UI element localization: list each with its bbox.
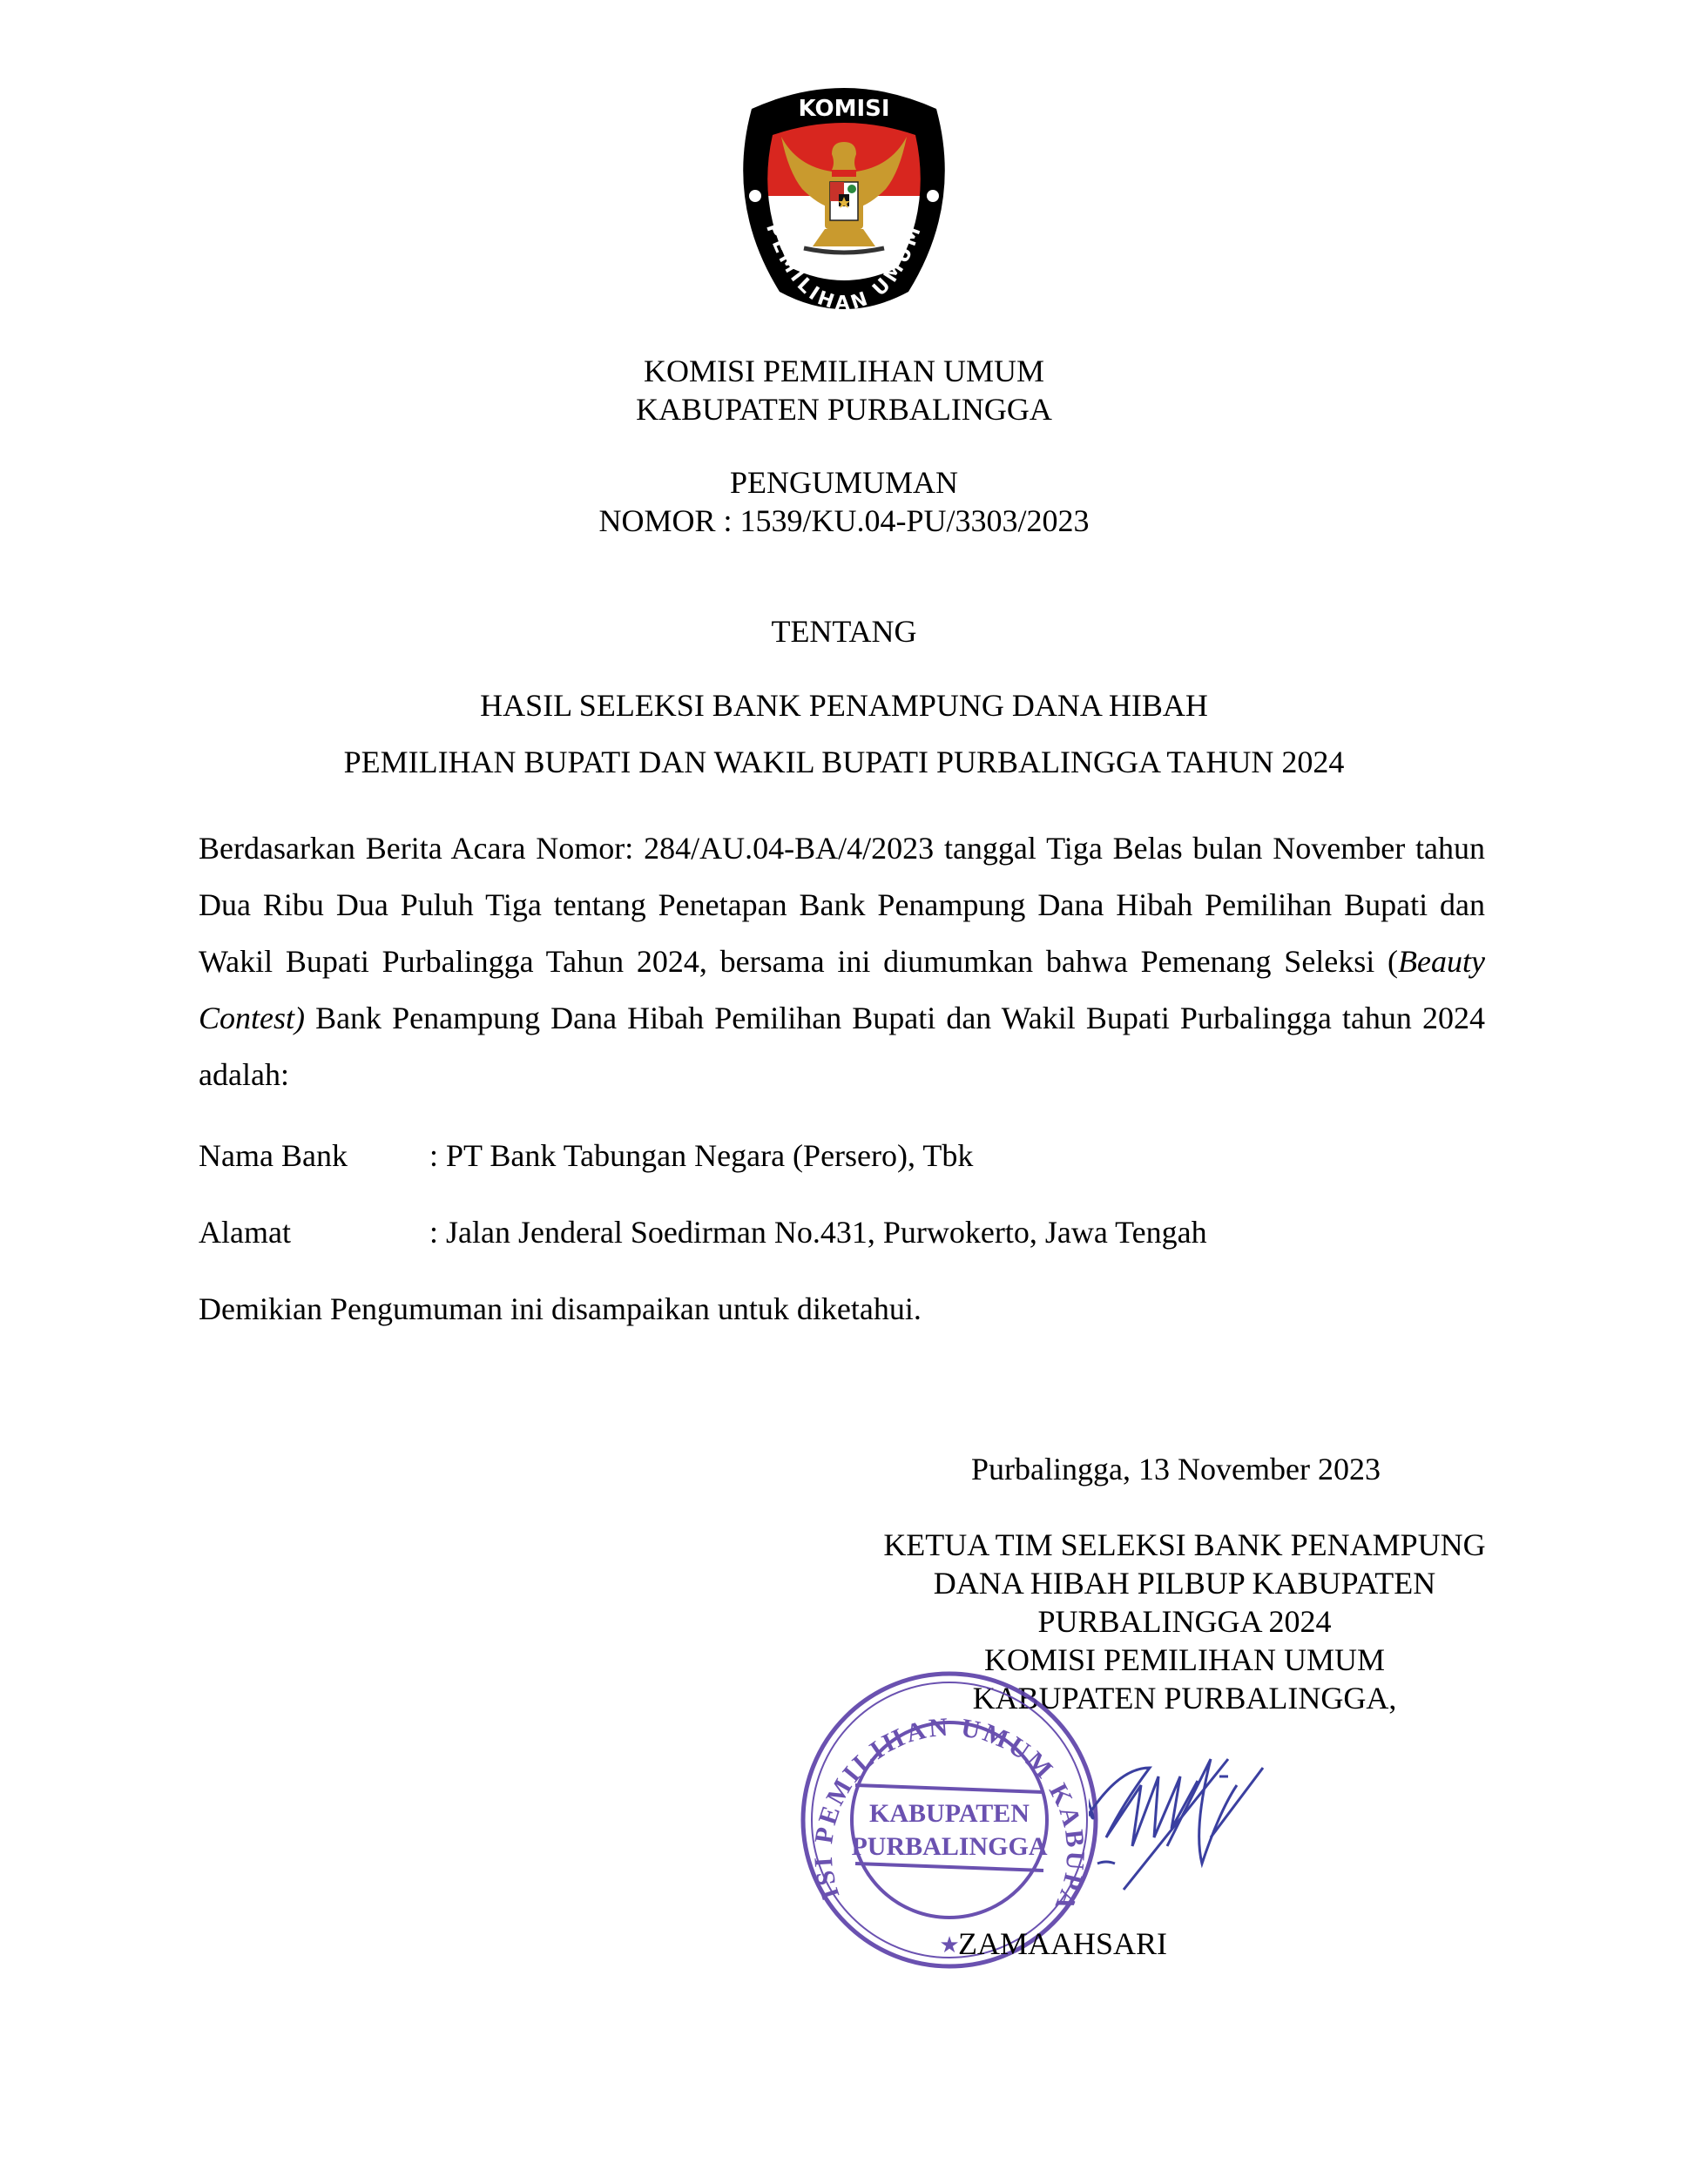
org-name-line1: KOMISI PEMILIHAN UMUM	[0, 352, 1688, 390]
svg-text:PURBALINGGA: PURBALINGGA	[851, 1832, 1047, 1861]
signatory-title-1: KETUA TIM SELEKSI BANK PENAMPUNG	[819, 1526, 1550, 1564]
paragraph-text-end: Bank Penampung Dana Hibah Pemilihan Bupa…	[199, 1001, 1485, 1092]
signatory-title-3: PURBALINGGA 2024	[819, 1602, 1550, 1641]
subject-line1: HASIL SELEKSI BANK PENAMPUNG DANA HIBAH	[0, 686, 1688, 725]
paragraph-text: Berdasarkan Berita Acara Nomor: 284/AU.0…	[199, 831, 1485, 979]
svg-text:KOMISI: KOMISI	[798, 96, 889, 122]
document-number: NOMOR : 1539/KU.04-PU/3303/2023	[0, 502, 1688, 540]
subject-line2: PEMILIHAN BUPATI DAN WAKIL BUPATI PURBAL…	[0, 743, 1688, 781]
field-label: Alamat	[199, 1213, 429, 1251]
field-label: Nama Bank	[199, 1136, 429, 1175]
signatory-title-2: DANA HIBAH PILBUP KABUPATEN	[819, 1564, 1550, 1602]
place-date: Purbalingga, 13 November 2023	[819, 1450, 1533, 1488]
org-name-line2: KABUPATEN PURBALINGGA	[0, 390, 1688, 428]
field-bank-name: Nama Bank: PT Bank Tabungan Negara (Pers…	[199, 1136, 973, 1175]
field-value: : PT Bank Tabungan Negara (Persero), Tbk	[429, 1138, 973, 1173]
signatory-name: ZAMAAHSARI	[880, 1924, 1246, 1963]
svg-text:KABUPATEN: KABUPATEN	[869, 1799, 1030, 1828]
about-heading: TENTANG	[0, 612, 1688, 650]
closing-sentence: Demikian Pengumuman ini disampaikan untu…	[199, 1290, 922, 1328]
document-type: PENGUMUMAN	[0, 463, 1688, 502]
svg-text:KOMISI PEMILIHAN UMUM KABUPATE: KOMISI PEMILIHAN UMUM KABUPATEN	[784, 1655, 1090, 1915]
field-value: : Jalan Jenderal Soedirman No.431, Purwo…	[429, 1215, 1207, 1250]
body-paragraph: Berdasarkan Berita Acara Nomor: 284/AU.0…	[199, 820, 1485, 1103]
field-address: Alamat: Jalan Jenderal Soedirman No.431,…	[199, 1213, 1207, 1251]
handwritten-signature	[1089, 1733, 1298, 1907]
kpu-logo: KOMISI PEMILIHAN UMUM	[734, 74, 954, 316]
